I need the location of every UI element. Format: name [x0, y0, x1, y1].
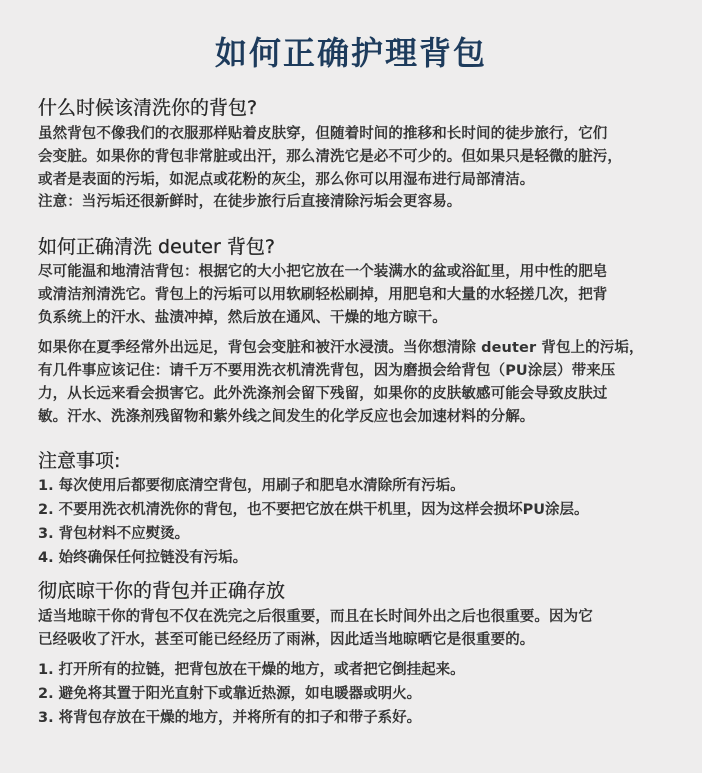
list-item: 4. 始终确保任何拉链没有污垢。	[38, 546, 678, 570]
list-item: 2. 不要用洗衣机清洗你的背包，也不要把它放在烘干机里，因为这样会损坏PU涂层。	[38, 498, 678, 522]
text-line: 负系统上的汗水、盐渍冲掉，然后放在通风、干燥的地方晾干。	[38, 307, 678, 330]
text-line: 尽可能温和地清洁背包：根据它的大小把它放在一个装满水的盆或浴缸里，用中性的肥皂	[38, 261, 678, 284]
section-heading: 什么时候该清洗你的背包?	[38, 95, 678, 121]
list-item: 1. 每次使用后都要彻底清空背包，用刷子和肥皂水清除所有污垢。	[38, 474, 678, 498]
text-line: 或者是表面的污垢，如泥点或花粉的灰尘，那么你可以用湿布进行局部清洁。	[38, 169, 678, 192]
list-item: 3. 将背包存放在干燥的地方，并将所有的扣子和带子系好。	[38, 706, 678, 730]
section-dry-and-store: 彻底晾干你的背包并正确存放 适当地晾干你的背包不仅在洗完之后很重要，而且在长时间…	[38, 578, 678, 730]
section-when-to-clean: 什么时候该清洗你的背包? 虽然背包不像我们的衣服那样贴着皮肤穿，但随着时间的推移…	[38, 95, 678, 212]
storage-steps-list: 1. 打开所有的拉链，把背包放在干燥的地方，或者把它倒挂起来。 2. 避免将其置…	[38, 658, 678, 730]
text-line: 虽然背包不像我们的衣服那样贴着皮肤穿，但随着时间的推移和长时间的徒步旅行，它们	[38, 123, 678, 146]
page-title: 如何正确护理背包	[0, 28, 702, 74]
note-line: 注意：当污垢还很新鲜时，在徒步旅行后直接清除污垢会更容易。	[38, 192, 678, 212]
precautions-list: 1. 每次使用后都要彻底清空背包，用刷子和肥皂水清除所有污垢。 2. 不要用洗衣…	[38, 474, 678, 570]
paragraph: 如果你在夏季经常外出远足，背包会变脏和被汗水浸渍。当你想清除 deuter 背包…	[38, 337, 678, 429]
list-item: 2. 避免将其置于阳光直射下或靠近热源，如电暖器或明火。	[38, 682, 678, 706]
section-how-to-wash: 如何正确清洗 deuter 背包? 尽可能温和地清洁背包：根据它的大小把它放在一…	[38, 234, 678, 429]
list-item: 1. 打开所有的拉链，把背包放在干燥的地方，或者把它倒挂起来。	[38, 658, 678, 682]
text-line: 敏。汗水、洗涤剂残留物和紫外线之间发生的化学反应也会加速材料的分解。	[38, 406, 678, 429]
text-line: 如果你在夏季经常外出远足，背包会变脏和被汗水浸渍。当你想清除 deuter 背包…	[38, 337, 678, 360]
paragraph: 尽可能温和地清洁背包：根据它的大小把它放在一个装满水的盆或浴缸里，用中性的肥皂 …	[38, 261, 678, 330]
section-heading: 注意事项:	[38, 448, 678, 474]
text-line: 已经吸收了汗水，甚至可能已经经历了雨淋，因此适当地晾晒它是很重要的。	[38, 629, 678, 652]
text-line: 或清洁剂清洗它。背包上的污垢可以用软刷轻松刷掉，用肥皂和大量的水轻搓几次，把背	[38, 284, 678, 307]
paragraph: 适当地晾干你的背包不仅在洗完之后很重要，而且在长时间外出之后也很重要。因为它 已…	[38, 606, 678, 652]
section-precautions: 注意事项: 1. 每次使用后都要彻底清空背包，用刷子和肥皂水清除所有污垢。 2.…	[38, 448, 678, 570]
text-line: 力，从长远来看会损害它。此外洗涤剂会留下残留，如果你的皮肤敏感可能会导致皮肤过	[38, 383, 678, 406]
section-heading: 如何正确清洗 deuter 背包?	[38, 234, 678, 260]
section-heading: 彻底晾干你的背包并正确存放	[38, 578, 678, 604]
paragraph: 虽然背包不像我们的衣服那样贴着皮肤穿，但随着时间的推移和长时间的徒步旅行，它们 …	[38, 123, 678, 212]
text-line: 有几件事应该记住：请千万不要用洗衣机清洗背包，因为磨损会给背包（PU涂层）带来压	[38, 360, 678, 383]
article-page: 如何正确护理背包 什么时候该清洗你的背包? 虽然背包不像我们的衣服那样贴着皮肤穿…	[0, 0, 702, 773]
text-line: 适当地晾干你的背包不仅在洗完之后很重要，而且在长时间外出之后也很重要。因为它	[38, 606, 678, 629]
text-line: 会变脏。如果你的背包非常脏或出汗，那么清洗它是必不可少的。但如果只是轻微的脏污，	[38, 146, 678, 169]
list-item: 3. 背包材料不应熨烫。	[38, 522, 678, 546]
